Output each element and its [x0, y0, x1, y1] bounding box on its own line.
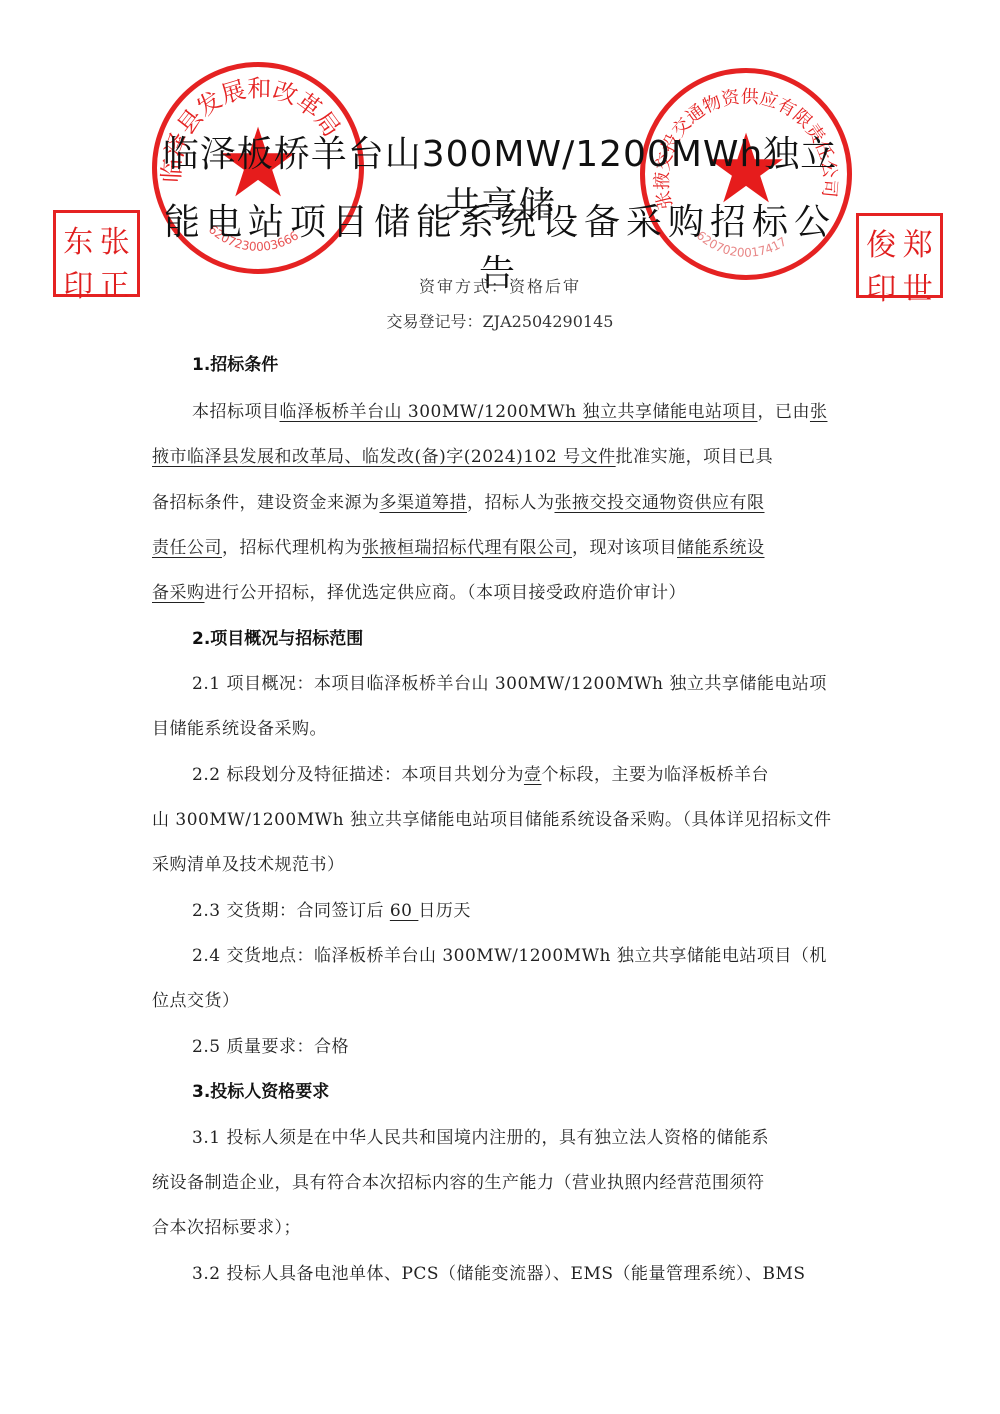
review-method: 资审方式：资格后审 [150, 274, 850, 297]
text-run: ，现对该项目 [572, 538, 677, 558]
paragraph-line: 统设备制造企业，具有符合本次招标内容的生产能力（营业执照内经营范围须符 [152, 1168, 852, 1193]
section-heading: 2.项目概况与招标范围 [192, 624, 363, 649]
registration-number: 交易登记号：ZJA2504290145 [150, 309, 850, 332]
text-run: ，招标代理机构为 [222, 538, 362, 558]
text-run: 日历天 [418, 901, 471, 921]
text-run: 山 300MW/1200MWh 独立共享储能电站项目储能系统设备采购。（具体详见… [152, 810, 831, 830]
text-run: 2.1 项目概况：本项目临泽板桥羊台山 300MW/1200MWh 独立共享储能… [192, 674, 827, 694]
paragraph-line: 山 300MW/1200MWh 独立共享储能电站项目储能系统设备采购。（具体详见… [152, 805, 852, 830]
underlined-text: 备采购 [152, 583, 205, 603]
seal-char: 东 [63, 217, 93, 261]
paragraph-line: 2.3 交货期：合同签订后 60 日历天 [192, 896, 892, 921]
text-run: 3.2 投标人具备电池单体、PCS（储能变流器）、EMS（能量管理系统）、BMS [192, 1264, 806, 1284]
paragraph-line: 2.2 标段划分及特征描述：本项目共划分为壹个标段，主要为临泽板桥羊台 [192, 760, 892, 785]
paragraph-line: 合本次招标要求）； [152, 1213, 852, 1238]
text-run: 本招标项目 [192, 402, 280, 422]
underlined-text: 储能系统设 [677, 538, 765, 558]
underlined-text: 60 [390, 901, 419, 921]
text-run: 3.1 投标人须是在中华人民共和国境内注册的，具有独立法人资格的储能系 [192, 1128, 769, 1148]
text-run: 进行公开招标，择优选定供应商。（本项目接受政府造价审计） [205, 583, 687, 603]
underlined-text: 张掖桓瑞招标代理有限公司 [362, 538, 572, 558]
underlined-text: 张掖交投交通物资供应有限 [555, 493, 765, 513]
text-run: 合本次招标要求）； [152, 1218, 301, 1238]
paragraph-line: 掖市临泽县发展和改革局、临发改(备)字(2024)102 号文件批准实施，项目已… [152, 442, 852, 467]
paragraph-line: 备采购进行公开招标，择优选定供应商。（本项目接受政府造价审计） [152, 578, 852, 603]
underlined-text: 张 [810, 402, 828, 422]
paragraph-line: 本招标项目临泽板桥羊台山 300MW/1200MWh 独立共享储能电站项目，已由… [192, 397, 892, 422]
paragraph-line: 2.4 交货地点：临泽板桥羊台山 300MW/1200MWh 独立共享储能电站项… [192, 941, 892, 966]
text-run: 目储能系统设备采购。 [152, 719, 327, 739]
text-run: 备招标条件，建设资金来源为 [152, 493, 380, 513]
underlined-text: 责任公司 [152, 538, 222, 558]
text-run: 统设备制造企业，具有符合本次招标内容的生产能力（营业执照内经营范围须符 [152, 1173, 765, 1193]
underlined-text: 多渠道筹措 [380, 493, 468, 513]
section-heading: 1.招标条件 [192, 350, 278, 375]
seal-char: 郑 [903, 220, 933, 264]
seal-char: 印 [63, 261, 93, 305]
paragraph-line: 3.2 投标人具备电池单体、PCS（储能变流器）、EMS（能量管理系统）、BMS [192, 1259, 892, 1284]
text-run: 批准实施，项目已具 [616, 447, 774, 467]
section-heading: 3.投标人资格要求 [192, 1077, 329, 1102]
text-run: 2.4 交货地点：临泽板桥羊台山 300MW/1200MWh 独立共享储能电站项… [192, 946, 827, 966]
text-run: 2.5 质量要求：合格 [192, 1037, 349, 1057]
personal-seal-right: 俊 郑 印 世 [856, 213, 943, 298]
text-run: ，招标人为 [467, 493, 555, 513]
seal-char: 印 [866, 264, 896, 308]
text-run: 2.3 交货期：合同签订后 [192, 901, 390, 921]
seal-char: 正 [100, 261, 130, 305]
paragraph-line: 目储能系统设备采购。 [152, 714, 852, 739]
text-run: 个标段，主要为临泽板桥羊台 [541, 765, 769, 785]
text-run: ，已由 [757, 402, 810, 422]
paragraph-line: 2.5 质量要求：合格 [192, 1032, 892, 1057]
paragraph-line: 位点交货） [152, 986, 852, 1011]
text-run: 2.2 标段划分及特征描述：本项目共划分为 [192, 765, 524, 785]
personal-seal-left: 东 张 印 正 [53, 210, 140, 297]
seal-char: 张 [100, 217, 130, 261]
paragraph-line: 采购清单及技术规范书） [152, 850, 852, 875]
paragraph-line: 2.1 项目概况：本项目临泽板桥羊台山 300MW/1200MWh 独立共享储能… [192, 669, 892, 694]
paragraph-line: 3.1 投标人须是在中华人民共和国境内注册的，具有独立法人资格的储能系 [192, 1123, 892, 1148]
text-run: 位点交货） [152, 991, 240, 1011]
seal-char: 世 [903, 264, 933, 308]
document-page: 临泽县发展和改革局 6207230003666 ★ 张掖交投交通物资供应有限责任… [0, 0, 1000, 1414]
text-run: 采购清单及技术规范书） [152, 855, 345, 875]
underlined-text: 壹 [524, 765, 542, 785]
paragraph-line: 备招标条件，建设资金来源为多渠道筹措，招标人为张掖交投交通物资供应有限 [152, 488, 852, 513]
underlined-text: 掖市临泽县发展和改革局、临发改(备)字(2024)102 号文件 [152, 447, 616, 467]
paragraph-line: 责任公司，招标代理机构为张掖桓瑞招标代理有限公司，现对该项目储能系统设 [152, 533, 852, 558]
seal-char: 俊 [866, 220, 896, 264]
underlined-text: 临泽板桥羊台山 300MW/1200MWh 独立共享储能电站项目 [280, 402, 758, 422]
